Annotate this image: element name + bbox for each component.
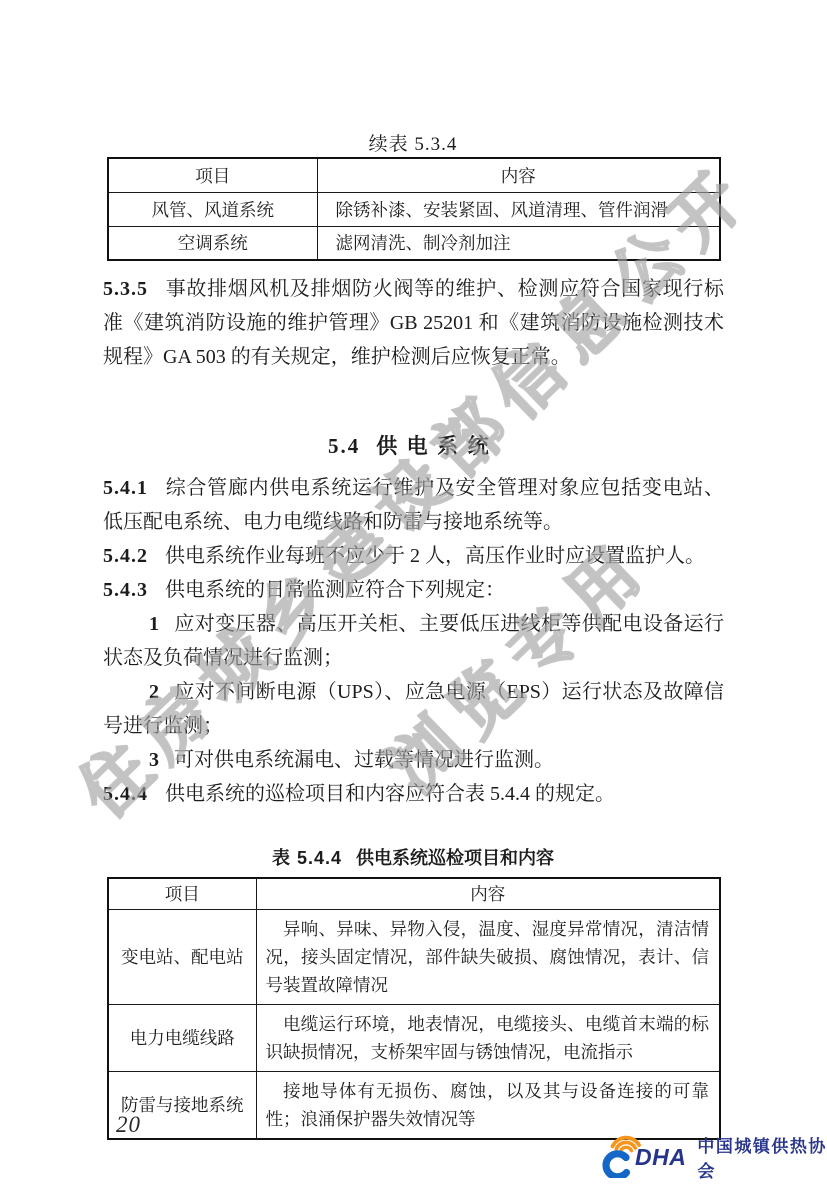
clause-5-4-3-item-2: 2应对不间断电源（UPS）、应急电源（EPS）运行状态及故障信号进行监测；: [103, 675, 724, 743]
table-534-header-content: 内容: [317, 158, 720, 192]
table-534-cell: 空调系统: [108, 226, 317, 260]
section-5-4-body: 5.4.1综合管廊内供电系统运行维护及安全管理对象应包括变电站、低压配电系统、电…: [103, 471, 724, 811]
table-534-cell: 风管、风道系统: [108, 192, 317, 226]
clause-text: 供电系统作业每班不应少于 2 人，高压作业时应设置监护人。: [165, 545, 705, 567]
table-544-caption-number: 表 5.4.4: [272, 848, 342, 868]
item-text: 应对不间断电源（UPS）、应急电源（EPS）运行状态及故障信号进行监测；: [103, 681, 724, 737]
table-544-cell: 接地导体有无损伤、腐蚀，以及其与设备连接的可靠性；浪涌保护器失效情况等: [256, 1071, 720, 1139]
clause-5-4-1: 5.4.1综合管廊内供电系统运行维护及安全管理对象应包括变电站、低压配电系统、电…: [103, 471, 724, 539]
table-row: 空调系统 滤网清洗、制冷剂加注: [108, 226, 720, 260]
clause-text: 供电系统的日常监测应符合下列规定：: [165, 579, 505, 601]
clause-5-4-3: 5.4.3供电系统的日常监测应符合下列规定：: [103, 573, 724, 607]
table-544-cell: 电力电缆线路: [108, 1004, 256, 1071]
table-534-cell: 滤网清洗、制冷剂加注: [317, 226, 720, 260]
table-544-header-item: 项目: [108, 878, 256, 909]
table-544-caption: 表 5.4.4供电系统巡检项目和内容: [103, 844, 723, 870]
table-534: 项目 内容 风管、风道系统 除锈补漆、安装紧固、风道清理、管件润滑 空调系统 滤…: [107, 157, 721, 261]
clause-5-4-3-item-1: 1应对变压器、高压开关柜、主要低压进线柜等供配电设备运行状态及负荷情况进行监测；: [103, 607, 724, 675]
item-text: 可对供电系统漏电、过载等情况进行监测。: [174, 749, 554, 771]
table-534-cell: 除锈补漆、安装紧固、风道清理、管件润滑: [317, 192, 720, 226]
clause-number: 5.4.3: [103, 579, 148, 601]
clause-5-3-5: 5.3.5事故排烟风机及排烟防火阀等的维护、检测应符合国家现行标准《建筑消防设施…: [103, 272, 724, 374]
table-row: 变电站、配电站 异响、异味、异物入侵，温度、湿度异常情况，清洁情况，接头固定情况…: [108, 909, 720, 1004]
clause-5-4-2: 5.4.2供电系统作业每班不应少于 2 人，高压作业时应设置监护人。: [103, 539, 724, 573]
table-534-header-item: 项目: [108, 158, 317, 192]
item-number: 1: [149, 613, 159, 635]
table-544-cell: 异响、异味、异物入侵，温度、湿度异常情况，清洁情况，接头固定情况，部件缺失破损、…: [256, 909, 720, 1004]
section-number: 5.4: [328, 434, 360, 458]
document-page: 住房城乡建设部信息公开 浏览专用 续表 5.3.4 项目 内容 风管、风道系统 …: [0, 0, 827, 1198]
cdha-logo-abbr: DHA: [635, 1144, 686, 1171]
table-544-header-content: 内容: [256, 878, 720, 909]
table-row: 电力电缆线路 电缆运行环境，地表情况，电缆接头、电缆首末端的标识缺损情况，支桥架…: [108, 1004, 720, 1071]
item-text: 应对变压器、高压开关柜、主要低压进线柜等供配电设备运行状态及负荷情况进行监测；: [103, 613, 724, 669]
clause-number: 5.4.4: [103, 783, 148, 805]
table-544-caption-text: 供电系统巡检项目和内容: [356, 848, 554, 868]
page-number: 20: [116, 1112, 141, 1138]
table-row: 项目 内容: [108, 158, 720, 192]
cdha-logo-name: 中国城镇供热协会: [697, 1132, 827, 1182]
table-544-cell: 变电站、配电站: [108, 909, 256, 1004]
clause-number: 5.3.5: [103, 278, 148, 300]
clause-number: 5.4.1: [103, 477, 148, 499]
item-number: 3: [149, 749, 159, 771]
table-row: 风管、风道系统 除锈补漆、安装紧固、风道清理、管件润滑: [108, 192, 720, 226]
table-534-caption: 续表 5.3.4: [103, 129, 723, 156]
table-row: 防雷与接地系统 接地导体有无损伤、腐蚀，以及其与设备连接的可靠性；浪涌保护器失效…: [108, 1071, 720, 1139]
cdha-logo: DHA 中国城镇供热协会: [596, 1134, 827, 1180]
table-544: 项目 内容 变电站、配电站 异响、异味、异物入侵，温度、湿度异常情况，清洁情况，…: [107, 877, 721, 1140]
section-heading-5-4: 5.4供电系统: [103, 430, 723, 460]
item-number: 2: [149, 681, 159, 703]
clause-number: 5.4.2: [103, 545, 148, 567]
table-544-cell: 电缆运行环境，地表情况，电缆接头、电缆首末端的标识缺损情况，支桥架牢固与锈蚀情况…: [256, 1004, 720, 1071]
table-row: 项目 内容: [108, 878, 720, 909]
clause-text: 事故排烟风机及排烟防火阀等的维护、检测应符合国家现行标准《建筑消防设施的维护管理…: [103, 278, 724, 368]
clause-text: 综合管廊内供电系统运行维护及安全管理对象应包括变电站、低压配电系统、电力电缆线路…: [103, 477, 724, 533]
clause-5-4-4: 5.4.4供电系统的巡检项目和内容应符合表 5.4.4 的规定。: [103, 777, 724, 811]
clause-text: 供电系统的巡检项目和内容应符合表 5.4.4 的规定。: [165, 783, 615, 805]
clause-5-4-3-item-3: 3可对供电系统漏电、过载等情况进行监测。: [103, 743, 724, 777]
section-title: 供电系统: [376, 434, 498, 458]
